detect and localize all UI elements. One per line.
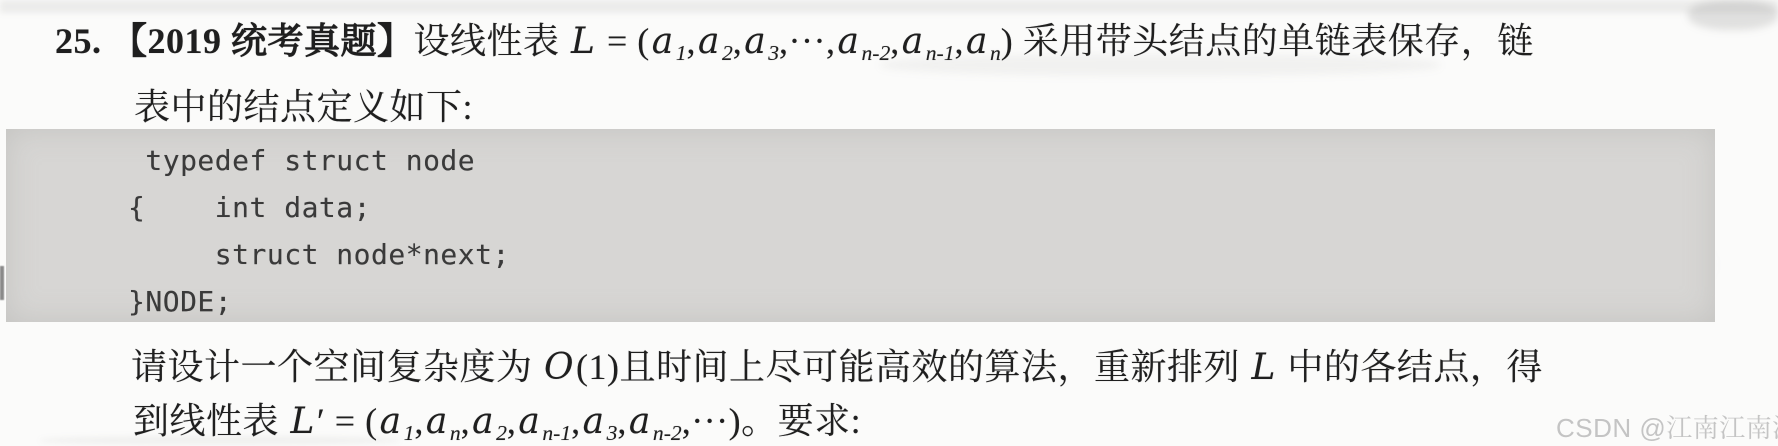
watermark: CSDN @江南江南江南丶 — [1556, 408, 1778, 445]
question-line-1: 25. 【2019 统考真题】设线性表 L = (a1,a2,a3,···,an… — [55, 13, 1534, 64]
scan-artifact — [0, 266, 4, 300]
question-line-4: 到线性表 L′ = (a1,an,a2,an-1,a3,an-2,···)。要求… — [133, 393, 861, 444]
question-line-3: 请设计一个空间复杂度为 O(1)且时间上尽可能高效的算法，重新排列 L 中的各结… — [131, 339, 1543, 390]
code-content: typedef struct node { int data; struct n… — [6, 129, 1715, 325]
question-line-2: 表中的结点定义如下: — [134, 79, 473, 130]
code-block: typedef struct node { int data; struct n… — [6, 129, 1715, 322]
scan-artifact — [0, 0, 1778, 13]
scanned-page: 25. 【2019 统考真题】设线性表 L = (a1,a2,a3,···,an… — [0, 0, 1778, 446]
scan-artifact — [1688, 0, 1778, 30]
